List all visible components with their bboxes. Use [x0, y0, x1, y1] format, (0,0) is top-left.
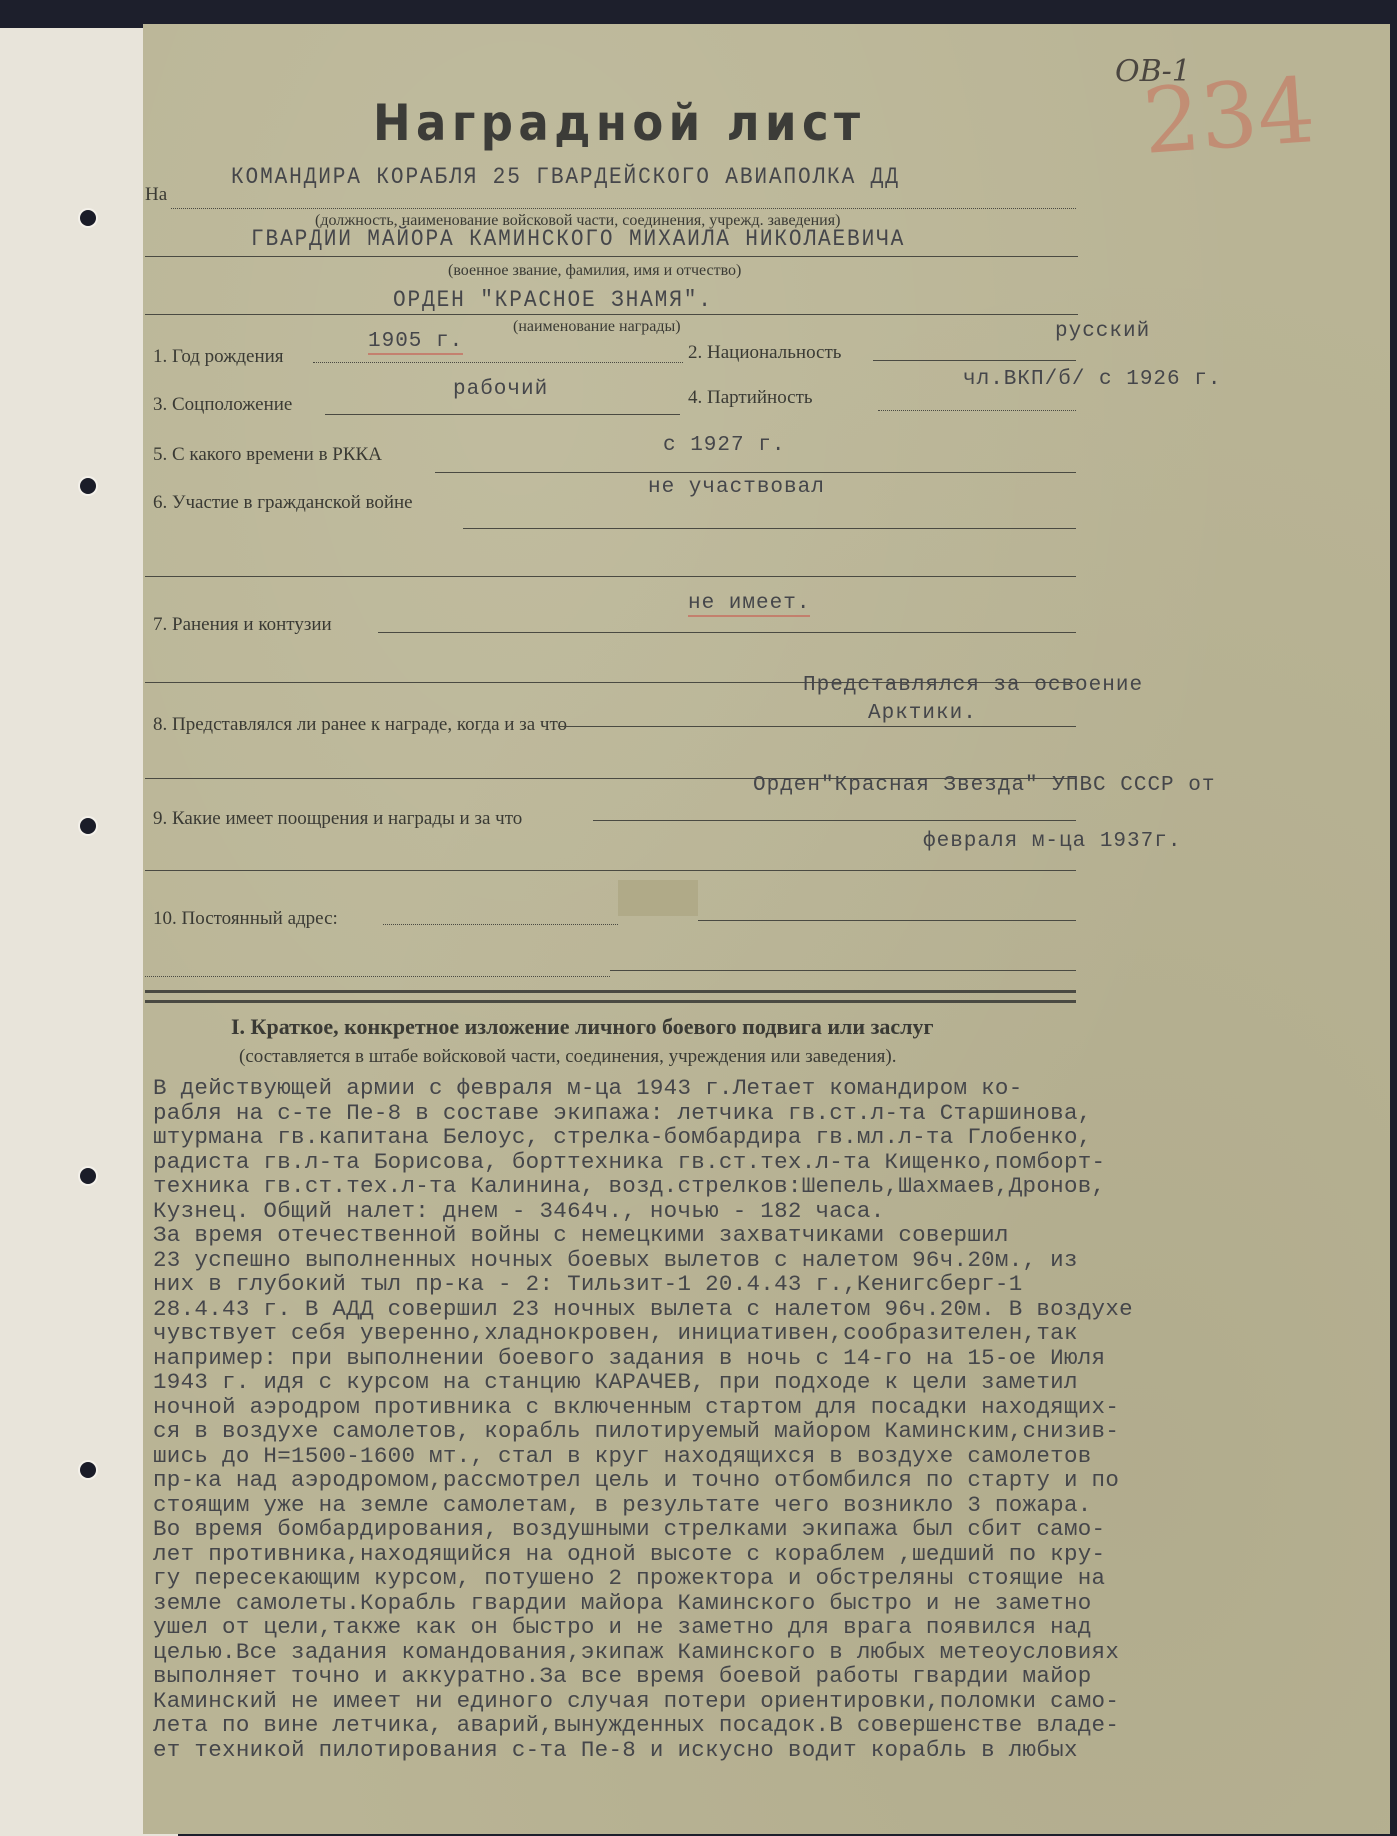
field-previous-award-value-1: Представлялся за освоение — [803, 674, 1143, 697]
merit-line: В действующей армии с февраля м-ца 1943 … — [153, 1076, 1133, 1101]
field-rkka-value: с 1927 г. — [663, 434, 785, 457]
field-party-label: 4. Партийность — [688, 387, 813, 409]
punch-hole-icon — [80, 1168, 96, 1184]
merit-line: например: при выполнении боевого задания… — [153, 1346, 1133, 1371]
merit-line: гу пересекающим курсом, потушено 2 проже… — [153, 1566, 1133, 1591]
merit-line: чувствует себя уверенно,хладнокровен, ин… — [153, 1321, 1133, 1346]
punch-hole-icon — [80, 478, 96, 494]
field-nationality-value: русский — [1055, 320, 1150, 343]
merit-line: 23 успешно выполненных ночных боевых выл… — [153, 1248, 1133, 1273]
field-civil-war-value: не участвовал — [648, 476, 825, 499]
merit-line: рабля на с-те Пе-8 в составе экипажа: ле… — [153, 1101, 1133, 1126]
punch-hole-icon — [80, 1462, 96, 1478]
award-caption: (наименование награды) — [513, 318, 681, 336]
name-value: ГВАРДИИ МАЙОРА КАМИНСКОГО МИХАИЛА НИКОЛА… — [251, 226, 905, 252]
punch-hole-icon — [80, 818, 96, 834]
merit-line: Во время бомбардирования, воздушными стр… — [153, 1517, 1133, 1542]
merit-line: ушел от цели,также как он быстро и не за… — [153, 1615, 1133, 1640]
merit-line: ночной аэродром противника с включенным … — [153, 1395, 1133, 1420]
merit-line: них в глубокий тыл пр-ка - 2: Тильзит-1 … — [153, 1272, 1133, 1297]
redacted-address — [618, 880, 698, 916]
merit-line: Каминский не имеет ни единого случая пот… — [153, 1689, 1133, 1714]
merit-line: радиста гв.л-та Борисова, борттехника гв… — [153, 1150, 1133, 1175]
merit-line: земле самолеты.Корабль гвардии майора Ка… — [153, 1591, 1133, 1616]
position-value: КОМАНДИРА КОРАБЛЯ 25 ГВАРДЕЙСКОГО АВИАПО… — [231, 164, 900, 190]
merit-line: ся в воздухе самолетов, корабль пилотиру… — [153, 1419, 1133, 1444]
merit-line: лета по вине летчика, аварий,вынужденных… — [153, 1713, 1133, 1738]
award-sheet: ОВ-1 234 Наградной лист На КОМАНДИРА КОР… — [143, 24, 1390, 1834]
section-subheading: (составляется в штабе войсковой части, с… — [239, 1046, 896, 1068]
field-birth-year-label: 1. Год рождения — [153, 346, 284, 368]
merit-line: лет противника,находящийся на одной высо… — [153, 1542, 1133, 1567]
field-awards-value-2: февраля м-ца 1937г. — [923, 830, 1181, 853]
merit-line: шись до Н=1500-1600 мт., стал в круг нах… — [153, 1444, 1133, 1469]
field-birth-year-value: 1905 г. — [368, 330, 463, 355]
field-previous-award-label: 8. Представлялся ли ранее к награде, ког… — [153, 714, 567, 736]
merit-line: 28.4.43 г. В АДД совершил 23 ночных выле… — [153, 1297, 1133, 1322]
merit-line: техника гв.ст.тех.л-та Калинина, возд.ст… — [153, 1174, 1133, 1199]
field-civil-war-label: 6. Участие в гражданской войне — [153, 492, 413, 514]
merit-line: Кузнец. Общий налет: днем - 3464ч., ночь… — [153, 1199, 1133, 1224]
merit-line: стоящим уже на земле самолетам, в резуль… — [153, 1493, 1133, 1518]
document-title: Наградной лист — [373, 94, 866, 152]
na-prefix: На — [145, 184, 167, 206]
field-awards-label: 9. Какие имеет поощрения и награды и за … — [153, 808, 522, 830]
field-previous-award-value-2: Арктики. — [868, 702, 977, 725]
field-wounds-value: не имеет. — [688, 592, 810, 617]
field-party-value: чл.ВКП/б/ с 1926 г. — [963, 368, 1221, 391]
field-social-value: рабочий — [453, 378, 548, 401]
archive-red-number: 234 — [1140, 58, 1319, 175]
merit-line: выполняет точно и аккуратно.За все время… — [153, 1664, 1133, 1689]
merit-line: 1943 г. идя с курсом на станцию КАРАЧЕВ,… — [153, 1370, 1133, 1395]
field-wounds-label: 7. Ранения и контузии — [153, 614, 332, 636]
award-value: ОРДЕН "КРАСНОЕ ЗНАМЯ". — [393, 287, 713, 313]
merit-line: ет техникой пилотирования с-та Пе-8 и ис… — [153, 1738, 1133, 1763]
field-nationality-label: 2. Национальность — [688, 342, 841, 364]
merit-line: целью.Все задания командования,экипаж Ка… — [153, 1640, 1133, 1665]
field-rkka-label: 5. С какого времени в РККА — [153, 444, 382, 466]
section-heading: I. Краткое, конкретное изложение личного… — [231, 1014, 934, 1040]
field-awards-value-1: Орден"Красная Звезда" УПВС СССР от — [753, 774, 1215, 797]
field-address-label: 10. Постоянный адрес: — [153, 908, 338, 930]
field-social-label: 3. Соцположение — [153, 394, 292, 416]
punch-hole-icon — [80, 210, 96, 226]
name-caption: (военное звание, фамилия, имя и отчество… — [448, 262, 741, 280]
merit-line: штурмана гв.капитана Белоус, стрелка-бом… — [153, 1125, 1133, 1150]
merit-line: За время отечественной войны с немецкими… — [153, 1223, 1133, 1248]
merit-line: пр-ка над аэродромом,рассмотрел цель и т… — [153, 1468, 1133, 1493]
merit-description: В действующей армии с февраля м-ца 1943 … — [153, 1076, 1133, 1762]
